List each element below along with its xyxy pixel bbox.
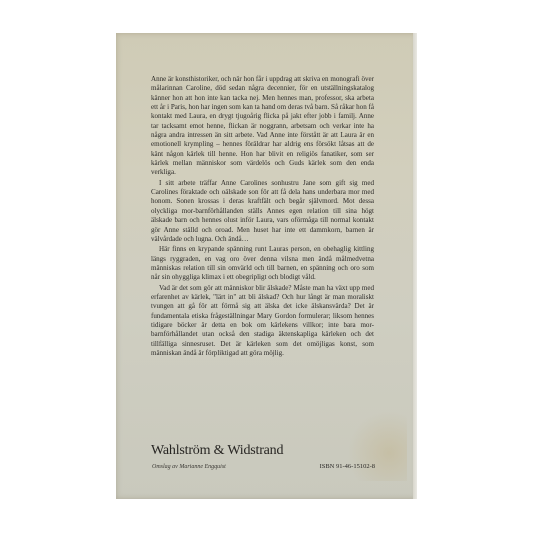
stain-mark bbox=[347, 411, 407, 481]
blurb-paragraph: Här finns en krypande spänning runt Laur… bbox=[151, 245, 374, 282]
blurb-paragraph: I sitt arbete träffar Anne Carolines son… bbox=[151, 179, 374, 244]
cover-credit: Omslag av Marianne Engquist bbox=[152, 464, 226, 470]
publisher-name: Wahlström & Widstrand bbox=[151, 443, 283, 459]
blurb-text: Anne är konsthistoriker, och när hon får… bbox=[151, 75, 374, 358]
blurb-paragraph: Anne är konsthistoriker, och när hon får… bbox=[151, 75, 374, 178]
book-back-cover: Anne är konsthistoriker, och när hon får… bbox=[116, 33, 417, 499]
isbn: ISBN 91-46-15102-8 bbox=[320, 463, 375, 470]
blurb-paragraph: Vad är det som gör att människor blir äl… bbox=[151, 284, 374, 359]
